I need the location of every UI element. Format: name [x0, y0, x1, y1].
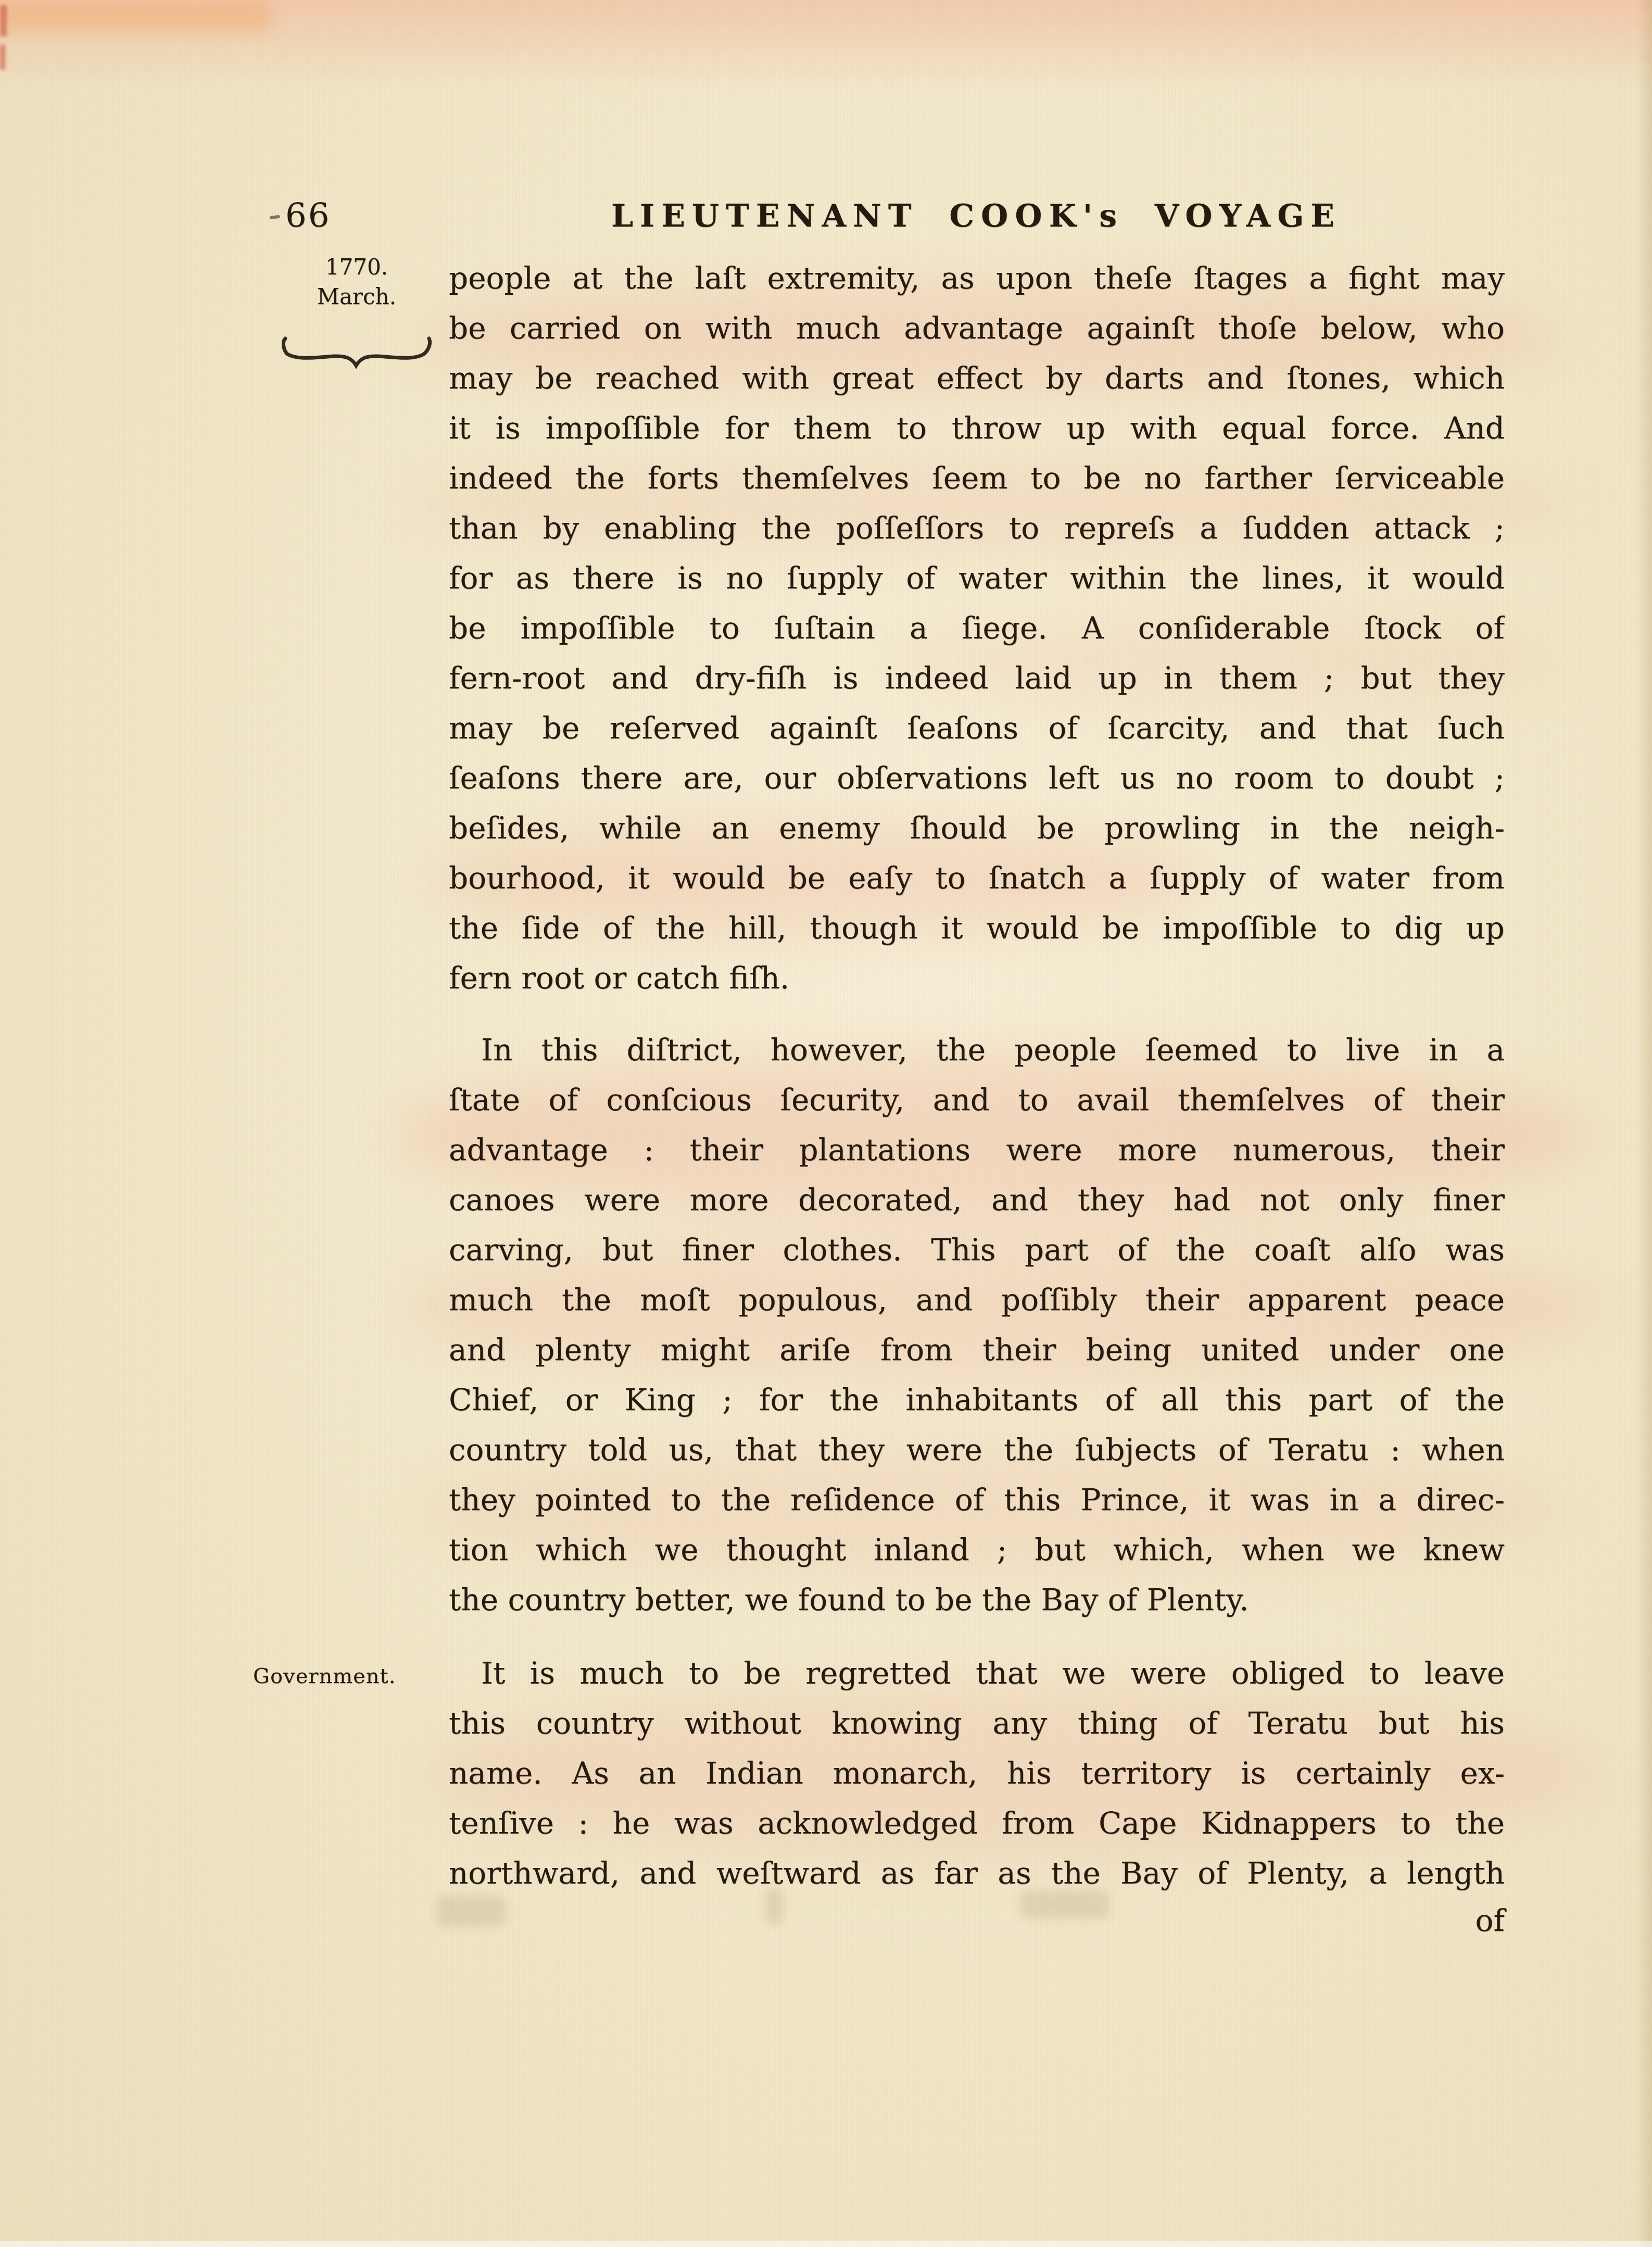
margin-note-month: March.	[284, 282, 430, 311]
date-brace-icon	[280, 334, 434, 371]
paragraph-3: It is much to be regretted that we were …	[449, 1648, 1505, 1898]
text-line: fern root or catch fiſh.	[449, 953, 1505, 1003]
text-line: be carried on with much advantage againſ…	[449, 303, 1505, 353]
text-line: ſeaſons there are, our obſervations left…	[449, 753, 1505, 803]
text-line: bourhood, it would be eaſy to ſnatch a ſ…	[449, 853, 1505, 903]
book-page-scan: 66 LIEUTENANT COOK's VOYAGE 1770. March.…	[0, 0, 1652, 2247]
text-line: name. As an Indian monarch, his territor…	[449, 1748, 1505, 1798]
text-line: and plenty might ariſe from their being …	[449, 1325, 1505, 1375]
text-line: tion which we thought inland ; but which…	[449, 1525, 1505, 1575]
left-edge-red-mark	[0, 45, 5, 70]
text-line: country told us, that they were the ſubj…	[449, 1425, 1505, 1475]
left-edge-red-mark	[0, 5, 7, 36]
text-line: advantage : their plantations were more …	[449, 1125, 1505, 1175]
text-line: northward, and weſtward as far as the Ba…	[449, 1848, 1505, 1898]
text-line: beſides, while an enemy ſhould be prowli…	[449, 803, 1505, 853]
text-line: much the moſt populous, and poſſibly the…	[449, 1275, 1505, 1325]
text-line: Chief, or King ; for the inhabitants of …	[449, 1375, 1505, 1425]
margin-note-year: 1770.	[284, 252, 430, 282]
text-line: this country without knowing any thing o…	[449, 1698, 1505, 1748]
running-header: LIEUTENANT COOK's VOYAGE	[448, 198, 1505, 234]
text-line: canoes were more decorated, and they had…	[449, 1175, 1505, 1225]
text-line: it is impoſſible for them to throw up wi…	[449, 403, 1505, 453]
text-line: tenſive : he was acknowledged from Cape …	[449, 1798, 1505, 1848]
page-bottom-edge	[0, 2241, 1652, 2247]
text-line: It is much to be regretted that we were …	[449, 1648, 1505, 1698]
text-line: people at the laſt extremity, as upon th…	[449, 253, 1505, 303]
text-line: carving, but finer clothes. This part of…	[449, 1225, 1505, 1275]
text-line: fern-root and dry-fiſh is indeed laid up…	[449, 653, 1505, 703]
page-top-tint	[0, 0, 1652, 89]
text-line: the ſide of the hill, though it would be…	[449, 903, 1505, 953]
text-line: ſtate of conſcious ſecurity, and to avai…	[449, 1075, 1505, 1125]
text-line: In this diſtrict, however, the people ſe…	[449, 1025, 1505, 1075]
page-right-edge-shade	[1636, 0, 1652, 2247]
margin-note-government: Government.	[253, 1664, 396, 1688]
margin-note-date: 1770. March.	[284, 252, 430, 311]
text-line: indeed the forts themſelves ſeem to be n…	[449, 453, 1505, 503]
text-line: be impoſſible to ſuſtain a ſiege. A conſ…	[449, 603, 1505, 653]
page-number: 66	[285, 197, 331, 235]
text-line: may be reſerved againſt ſeaſons of ſcarc…	[449, 703, 1505, 753]
paragraph-2: In this diſtrict, however, the people ſe…	[449, 1025, 1505, 1625]
text-line: the country better, we found to be the B…	[449, 1575, 1505, 1625]
text-line: they pointed to the reſidence of this Pr…	[449, 1475, 1505, 1525]
page-top-corner-tint	[0, 0, 271, 31]
text-line: for as there is no ſupply of water withi…	[449, 553, 1505, 603]
paragraph-1: people at the laſt extremity, as upon th…	[449, 253, 1505, 1003]
text-line: may be reached with great effect by dart…	[449, 353, 1505, 403]
text-line: than by enabling the poſſeſſors to repre…	[449, 503, 1505, 553]
catchword: of	[449, 1895, 1505, 1945]
